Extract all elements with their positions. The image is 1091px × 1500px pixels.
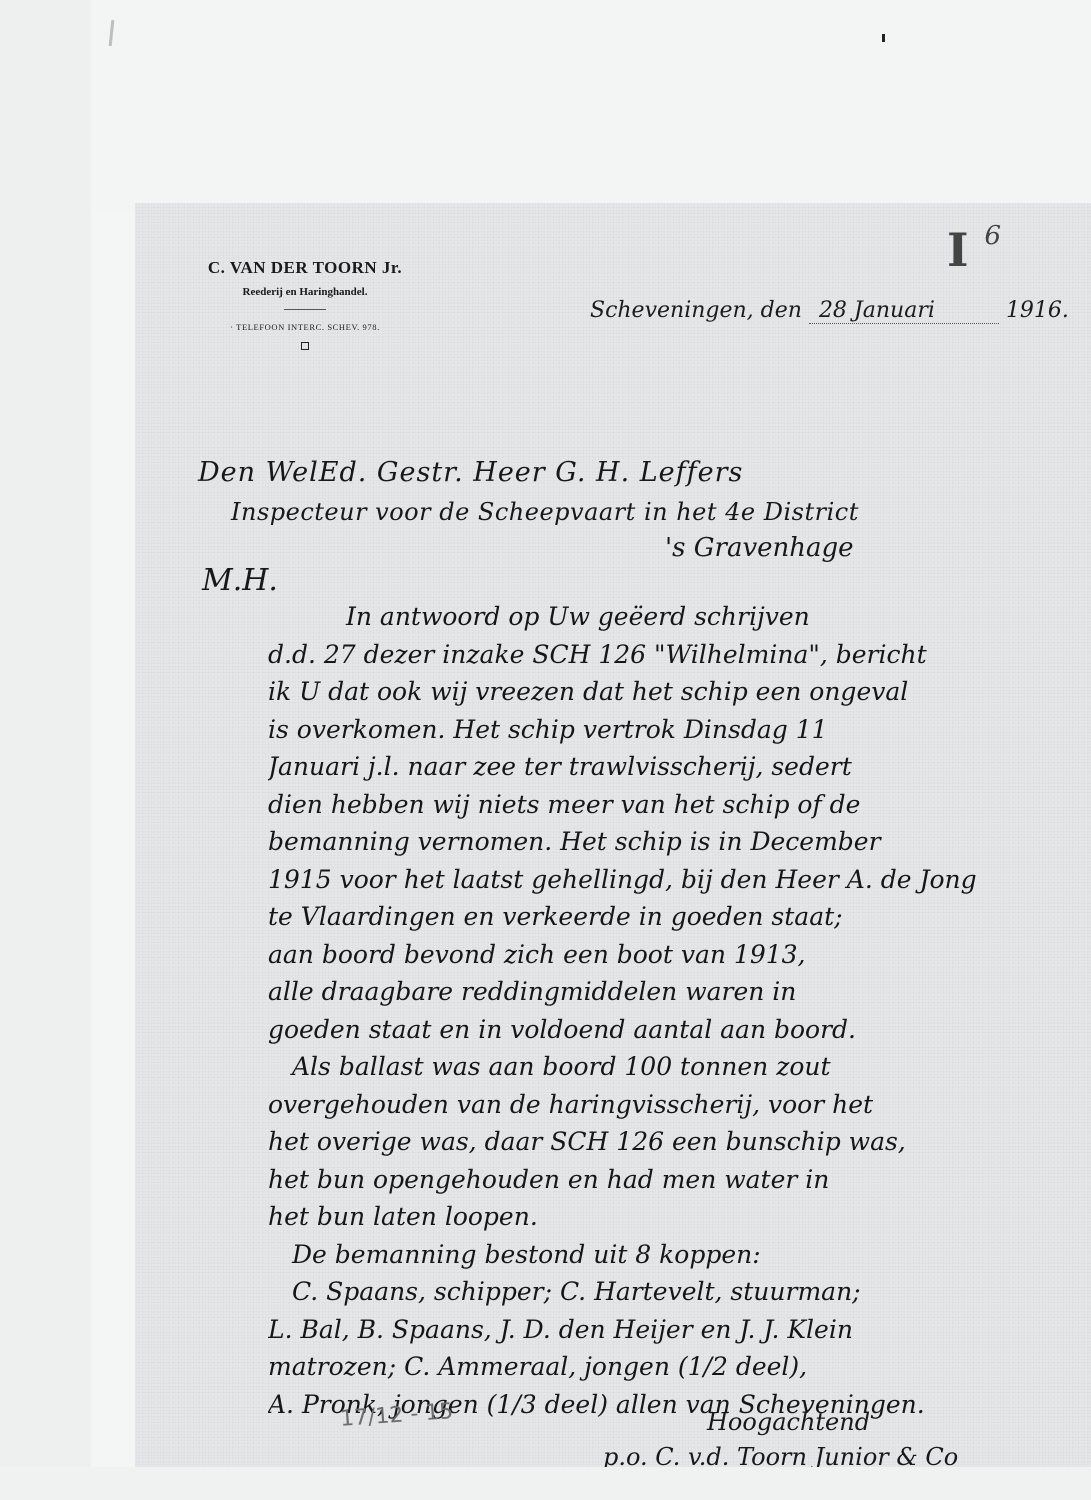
letter-sheet: C. VAN DER TOORN Jr. Reederij en Haringh… <box>135 203 1091 1467</box>
body-line: overgehouden van de haringvisscherij, vo… <box>268 1086 1091 1124</box>
body-line: het bun laten loopen. <box>268 1198 1091 1236</box>
scan-dust-mark <box>882 34 885 42</box>
letterhead-square-ornament-icon <box>301 342 309 350</box>
archive-mark: I6 <box>947 221 1003 277</box>
body-line: dien hebben wij niets meer van het schip… <box>268 786 1091 824</box>
body-line: aan boord bevond zich een boot van 1913, <box>268 936 1091 974</box>
letterhead-divider <box>284 309 326 310</box>
address-city: 's Gravenhage <box>665 533 854 563</box>
dateline-year: 1916. <box>1006 298 1069 323</box>
letterhead-subtitle: Reederij en Haringhandel. <box>135 286 475 298</box>
body-line: In antwoord op Uw geëerd schrijven <box>268 598 1091 636</box>
body-line: Als ballast was aan boord 100 tonnen zou… <box>268 1048 1091 1086</box>
letter-body: In antwoord op Uw geëerd schrijven d.d. … <box>268 598 1091 1423</box>
scanned-page: C. VAN DER TOORN Jr. Reederij en Haringh… <box>0 0 1091 1500</box>
body-line: 1915 voor het laatst gehellingd, bij den… <box>268 861 1091 899</box>
closing-greeting: Hoogachtend <box>707 1408 870 1436</box>
dateline-place: Scheveningen, den <box>590 298 802 323</box>
address-recipient: Den WelEd. Gestr. Heer G. H. Leffers <box>198 457 743 488</box>
body-line: Januari j.l. naar zee ter trawlvisscheri… <box>268 748 1091 786</box>
body-line: De bemanning bestond uit 8 koppen: <box>268 1236 1091 1274</box>
body-line: C. Spaans, schipper; C. Hartevelt, stuur… <box>268 1273 1091 1311</box>
scan-background-top <box>92 0 1091 210</box>
body-line: is overkomen. Het schip vertrok Dinsdag … <box>268 711 1091 749</box>
body-line: d.d. 27 dezer inzake SCH 126 "Wilhelmina… <box>268 636 1091 674</box>
body-line: goeden staat en in voldoend aantal aan b… <box>268 1011 1091 1049</box>
scan-background-bottom <box>0 1467 1091 1500</box>
body-line: ik U dat ook wij vreezen dat het schip e… <box>268 673 1091 711</box>
body-line: alle draagbare reddingmiddelen waren in <box>268 973 1091 1011</box>
body-line: matrozen; C. Ammeraal, jongen (1/2 deel)… <box>268 1348 1091 1386</box>
body-line: L. Bal, B. Spaans, J. D. den Heijer en J… <box>268 1311 1091 1349</box>
address-title: Inspecteur voor de Scheepvaart in het 4e… <box>231 498 859 526</box>
dateline: Scheveningen, den 28 Januari 1916. <box>590 298 1069 324</box>
dateline-day-month: 28 Januari <box>809 298 999 324</box>
salutation: M.H. <box>202 563 278 598</box>
body-line: het overige was, daar SCH 126 een bunsch… <box>268 1123 1091 1161</box>
body-line: het bun opengehouden en had men water in <box>268 1161 1091 1199</box>
body-line: bemanning vernomen. Het schip is in Dece… <box>268 823 1091 861</box>
body-line: te Vlaardingen en verkeerde in goeden st… <box>268 898 1091 936</box>
letterhead-phone: · TELEFOON INTERC. SCHEV. 978. <box>135 322 475 332</box>
letterhead-company: C. VAN DER TOORN Jr. <box>135 258 475 278</box>
archive-numeral: I <box>947 223 971 277</box>
archive-suffix: 6 <box>985 221 1004 251</box>
letterhead: C. VAN DER TOORN Jr. Reederij en Haringh… <box>135 258 475 350</box>
